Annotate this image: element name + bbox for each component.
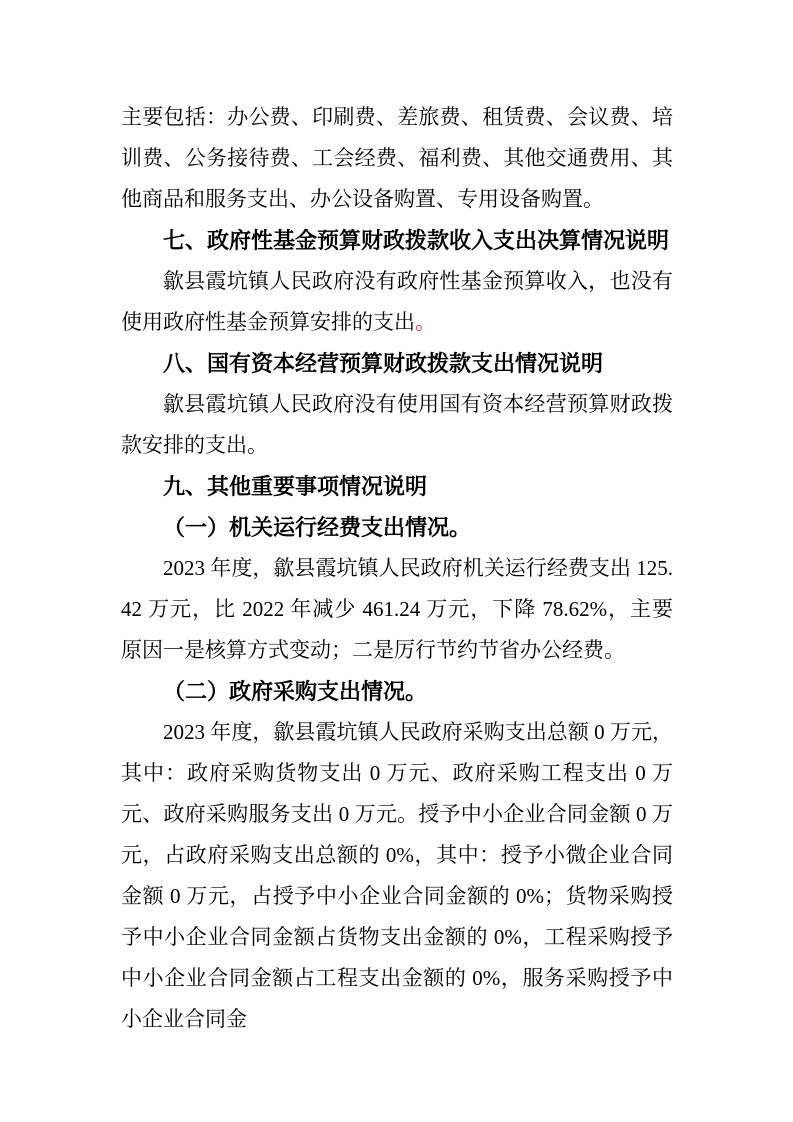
heading-state-capital-budget: 八、国有资本经营预算财政拨款支出情况说明 (121, 343, 673, 384)
paragraph-agency-operating-expense: 2023 年度，歙县霞坑镇人民政府机关运行经费支出 125.42 万元，比 20… (121, 548, 673, 671)
subheading-govt-procurement: （二）政府采购支出情况。 (121, 671, 673, 712)
heading-govt-fund-budget: 七、政府性基金预算财政拨款收入支出决算情况说明 (121, 220, 673, 261)
paragraph-govt-fund-budget-text: 歙县霞坑镇人民政府没有政府性基金预算收入，也没有使用政府性基金预算安排的支出 (121, 269, 673, 334)
paragraph-govt-fund-budget: 歙县霞坑镇人民政府没有政府性基金预算收入，也没有使用政府性基金预算安排的支出。 (121, 261, 673, 343)
red-period: 。 (415, 310, 436, 334)
heading-other-important-matters: 九、其他重要事项情况说明 (121, 466, 673, 507)
document-page: 主要包括：办公费、印刷费、差旅费、租赁费、会议费、培训费、公务接待费、工会经费、… (0, 0, 793, 1122)
paragraph-expense-categories: 主要包括：办公费、印刷费、差旅费、租赁费、会议费、培训费、公务接待费、工会经费、… (121, 97, 673, 220)
subheading-agency-operating-expense: （一）机关运行经费支出情况。 (121, 507, 673, 548)
paragraph-govt-procurement: 2023 年度，歙县霞坑镇人民政府采购支出总额 0 万元，其中：政府采购货物支出… (121, 712, 673, 1040)
paragraph-state-capital-budget: 歙县霞坑镇人民政府没有使用国有资本经营预算财政拨款安排的支出。 (121, 384, 673, 466)
